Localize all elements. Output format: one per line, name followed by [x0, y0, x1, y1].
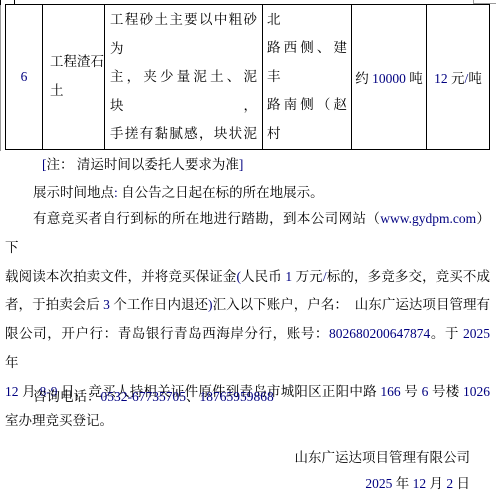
lot-quantity: 约 10000 吨: [355, 67, 423, 87]
lot-quantity-cell: 约 10000 吨: [351, 5, 426, 149]
auction-lots-table: 6 工程渣石土 工程砂土主要以中粗砂为主，夹少量泥土、泥块，手搓有黏腻感，块状泥…: [5, 4, 490, 150]
text-line: 者，于拍卖会后 3 个工作日内退还)汇入以下账户，户名： 山东广运达项目管理有: [5, 291, 490, 320]
text-line: 手搓有黏腻感，块状泥土: [110, 120, 257, 149]
outer-border-left: [0, 5, 1, 151]
lot-category-cell: 工程渣石土: [42, 5, 104, 149]
lot-number: 6: [21, 69, 28, 85]
date-line: 2025 年 12 月 2 日: [5, 473, 470, 495]
text-line: 土: [50, 77, 104, 106]
text-line: 城阳区安顺北: [267, 5, 347, 34]
text-line: 载阅读本次拍卖文件，并将竞买保证金(人民币 1 万元/标的，多竞多交，竞买不成: [5, 263, 490, 292]
table-note: [注： 清运时间以委托人要求为准]: [5, 154, 490, 176]
lot-price: 12 元/吨: [434, 67, 482, 87]
display-time-line: 展示时间地点: 自公告之日起在标的所在地展示。: [5, 182, 490, 204]
lot-location-cell: 城阳区安顺北路西侧、建丰路南侧（赵村原料临时仓）: [262, 5, 351, 149]
text-line: 室办理竞买登记。: [5, 407, 490, 436]
text-line: 有意竞买者自行到标的所在地进行踏勘，到本公司网站（www.gydpm.com）下: [5, 205, 490, 263]
lot-description-cell: 工程砂土主要以中粗砂为主，夹少量泥土、泥块，手搓有黏腻感，块状泥土直径 1~20…: [104, 5, 262, 149]
text-line: 路西侧、建丰: [267, 34, 347, 91]
text-line: 工程砂土主要以中粗砂为: [110, 6, 257, 63]
text-line: 工程渣石: [50, 48, 104, 77]
text-line: 原料临时仓）: [267, 148, 347, 149]
lot-number-cell: 6: [6, 5, 42, 149]
text-line: 主，夹少量泥土、泥块，: [110, 63, 257, 120]
company-signature: 山东广运达项目管理有限公司: [5, 447, 470, 469]
auction-notice-document: 6 工程渣石土 工程砂土主要以中粗砂为主，夹少量泥土、泥块，手搓有黏腻感，块状泥…: [0, 0, 496, 500]
text-line: 路南侧（赵村: [267, 91, 347, 148]
lot-price-cell: 12 元/吨: [426, 5, 489, 149]
phone-line: 咨询电话：0532-67735705、18765959868: [5, 386, 490, 408]
text-line: 限公司，开户行：青岛银行青岛西海岸分行，账号：802680200647874。于…: [5, 320, 490, 378]
